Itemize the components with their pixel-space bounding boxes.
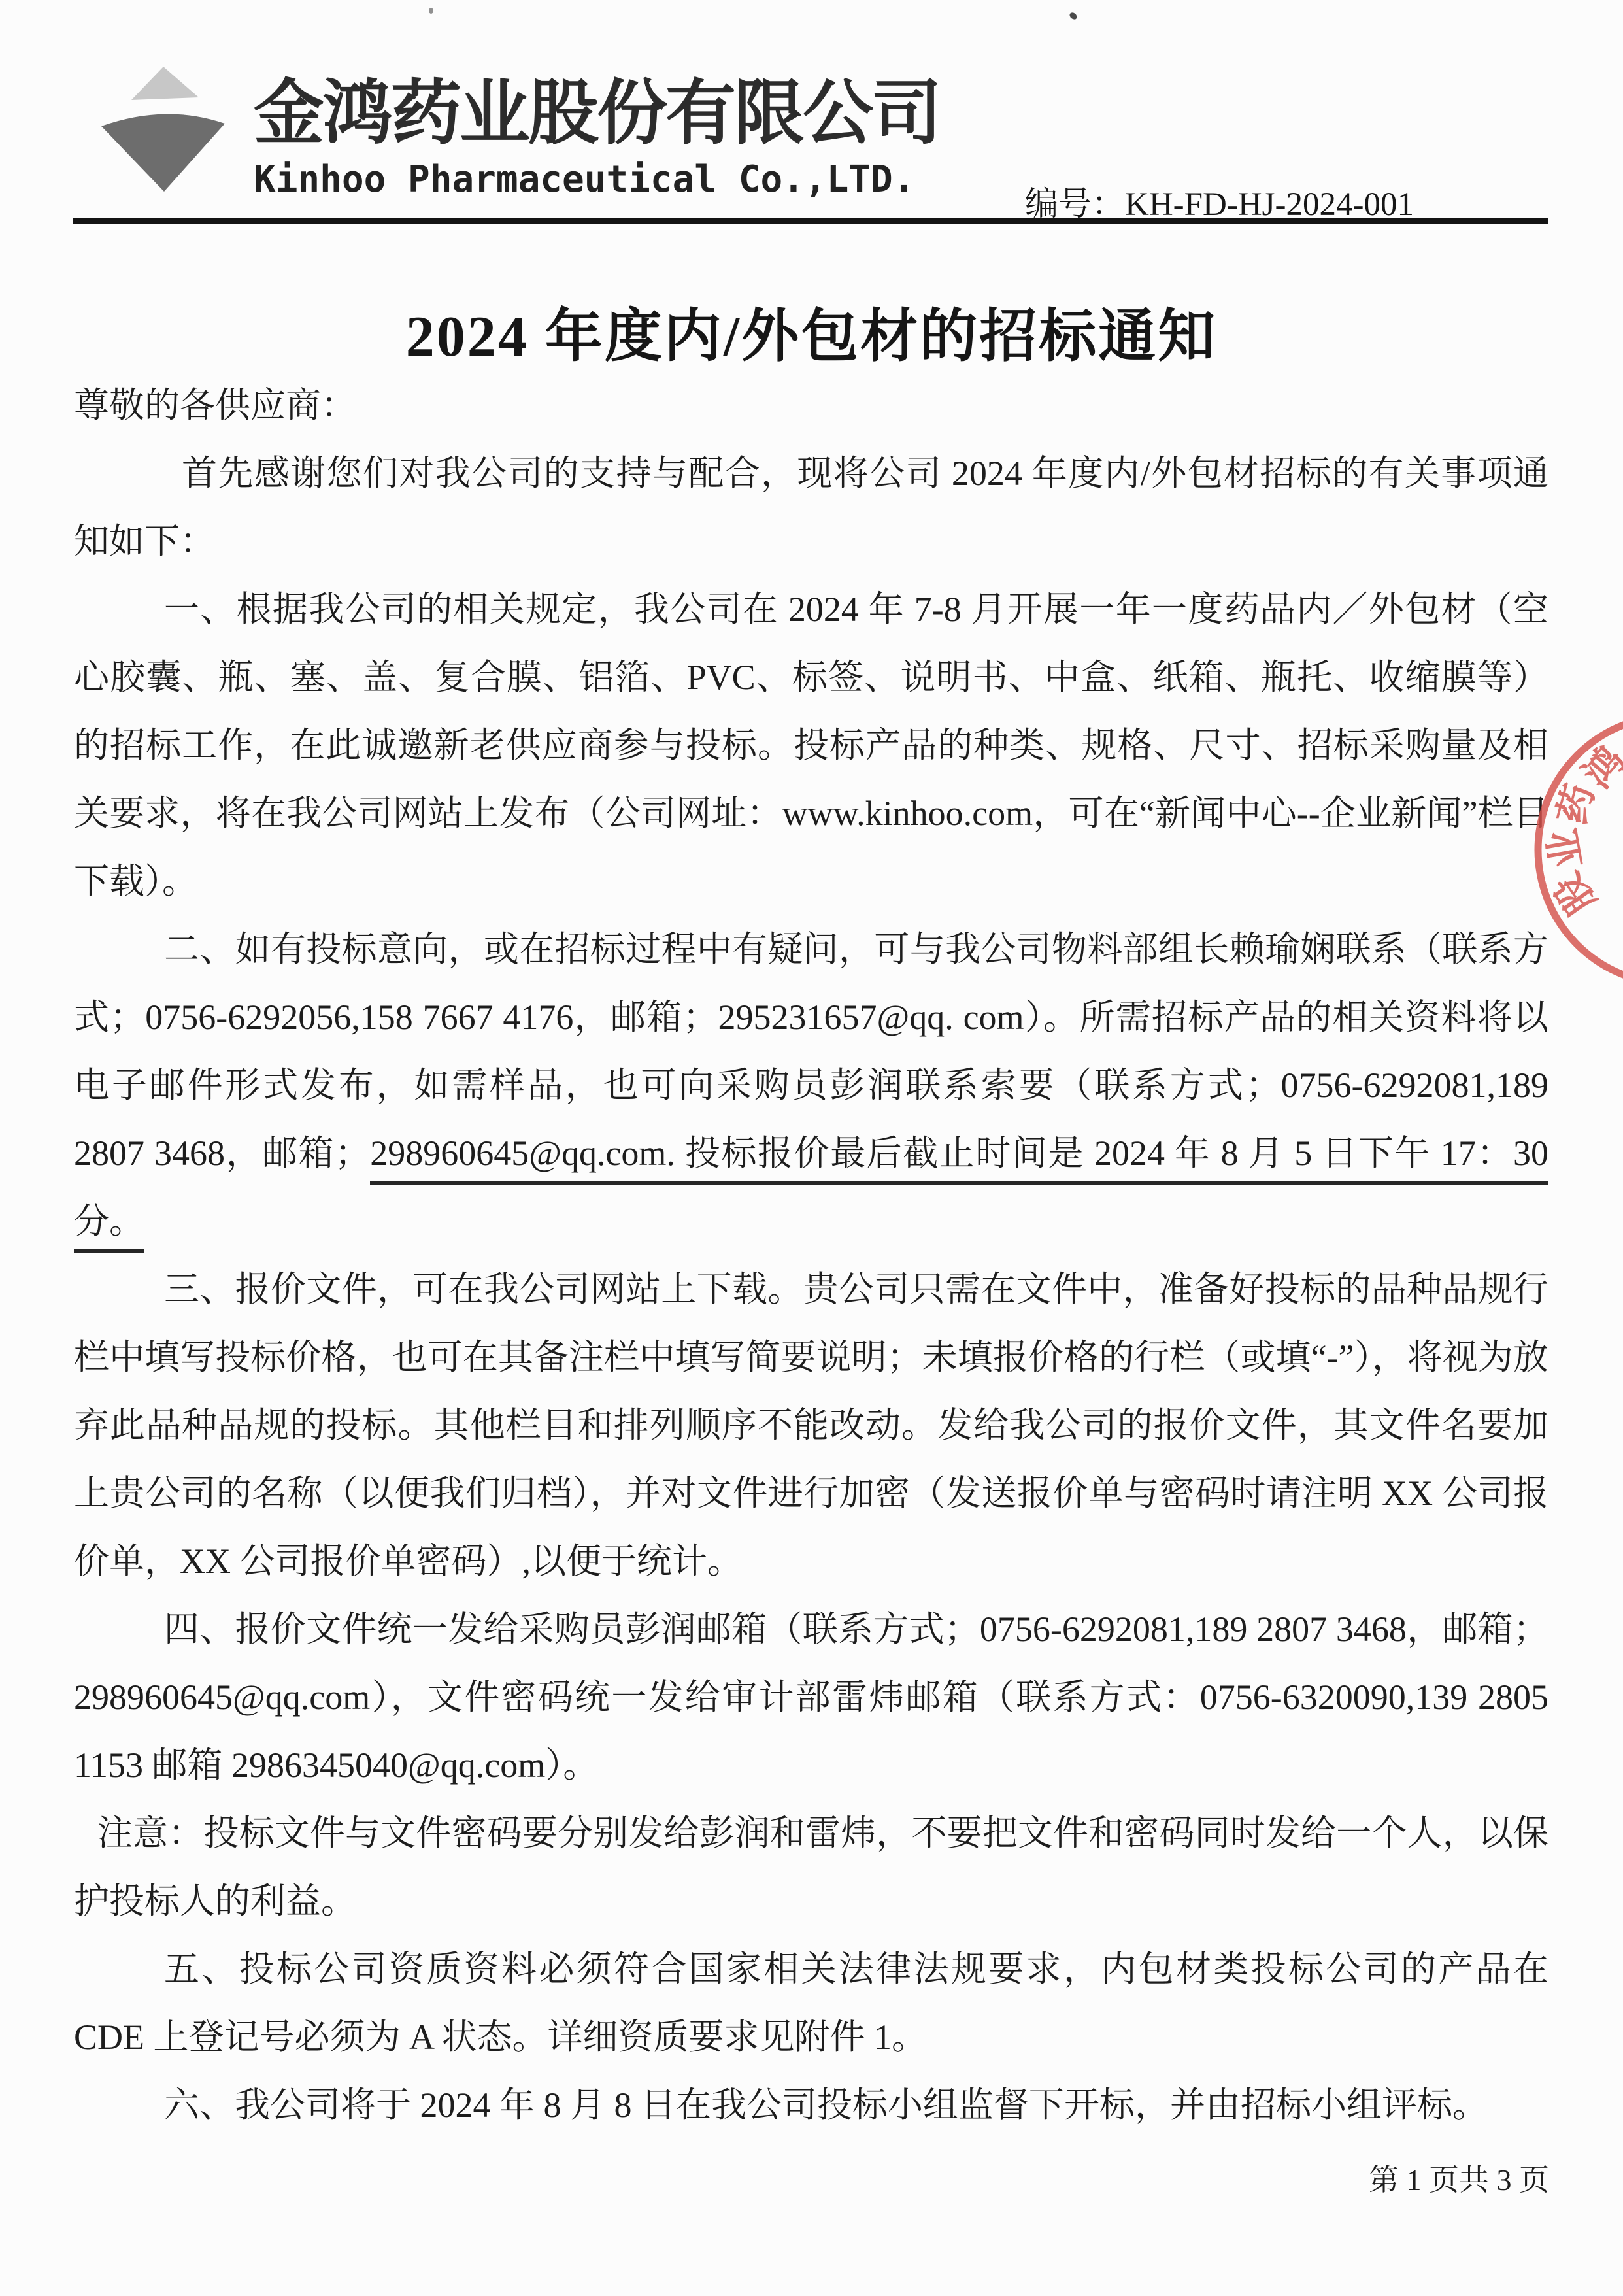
paragraph-3: 二、如有投标意向，或在招标过程中有疑问，可与我公司物料部组长赖瑜娴联系（联系方式… <box>74 915 1548 1255</box>
kinhoo-diamond-logo-icon <box>101 65 229 196</box>
logo-bottom-fan <box>101 114 225 192</box>
page-number: 第 1 页共 3 页 <box>1369 2156 1549 2199</box>
company-name-en: Kinhoo Pharmaceutical Co.,LTD. <box>254 158 914 201</box>
stamp-char: 业 <box>1540 826 1590 872</box>
paragraph-1: 首先感谢您们对我公司的支持与配合，现将公司 2024 年度内/外包材招标的有关事… <box>74 439 1548 575</box>
stamp-char: 药 <box>1550 779 1602 828</box>
page-title: 2024 年度内/外包材的招标通知 <box>0 290 1623 373</box>
paragraph-8: 六、我公司将于 2024 年 8 月 8 日在我公司投标小组监督下开标，并由招标… <box>74 2071 1548 2139</box>
paragraph-2: 一、根据我公司的相关规定，我公司在 2024 年 7-8 月开展一年一度药品内／… <box>74 575 1548 915</box>
text-segment: 五、投标公司资质资料必须符合国家相关法律法规要求，内包材类投标公司的产品在 CD… <box>74 1950 1548 2057</box>
company-seal-stamp: 金鸿药业股 <box>1505 709 1623 990</box>
logo-top-triangle <box>131 67 199 100</box>
text-segment: 六、我公司将于 2024 年 8 月 8 日在我公司投标小组监督下开标，并由招标… <box>164 2085 1488 2125</box>
scan-artifact-dot <box>1069 11 1079 20</box>
notice-body: 尊敬的各供应商： 首先感谢您们对我公司的支持与配合，现将公司 2024 年度内/… <box>74 371 1548 2139</box>
text-segment: 三、报价文件，可在我公司网站上下载。贵公司只需在文件中，准备好投标的品种品规行栏… <box>74 1270 1548 1581</box>
paragraph-6: 注意：投标文件与文件密码要分别发给彭润和雷炜，不要把文件和密码同时发给一个人，以… <box>74 1799 1548 1935</box>
company-name-cn: 金鸿药业股份有限公司 <box>254 56 940 158</box>
header-divider <box>73 218 1548 224</box>
salutation: 尊敬的各供应商： <box>74 371 1548 439</box>
text-segment: 四、报价文件统一发给采购员彭润邮箱（联系方式；0756-6292081,189 … <box>74 1610 1548 1785</box>
scan-artifact-dot <box>429 8 433 14</box>
paragraph-7: 五、投标公司资质资料必须符合国家相关法律法规要求，内包材类投标公司的产品在 CD… <box>74 1935 1548 2071</box>
body-paragraphs: 首先感谢您们对我公司的支持与配合，现将公司 2024 年度内/外包材招标的有关事… <box>74 439 1548 2139</box>
paragraph-5: 四、报价文件统一发给采购员彭润邮箱（联系方式；0756-6292081,189 … <box>74 1595 1548 1799</box>
text-segment: 首先感谢您们对我公司的支持与配合，现将公司 2024 年度内/外包材招标的有关事… <box>74 454 1548 561</box>
text-segment: 一、根据我公司的相关规定，我公司在 2024 年 7-8 月开展一年一度药品内／… <box>74 590 1548 901</box>
paragraph-4: 三、报价文件，可在我公司网站上下载。贵公司只需在文件中，准备好投标的品种品规行栏… <box>74 1255 1548 1595</box>
text-segment: 注意：投标文件与文件密码要分别发给彭润和雷炜，不要把文件和密码同时发给一个人，以… <box>74 1814 1548 1921</box>
document-page: 金鸿药业股份有限公司 Kinhoo Pharmaceutical Co.,LTD… <box>0 0 1623 2296</box>
